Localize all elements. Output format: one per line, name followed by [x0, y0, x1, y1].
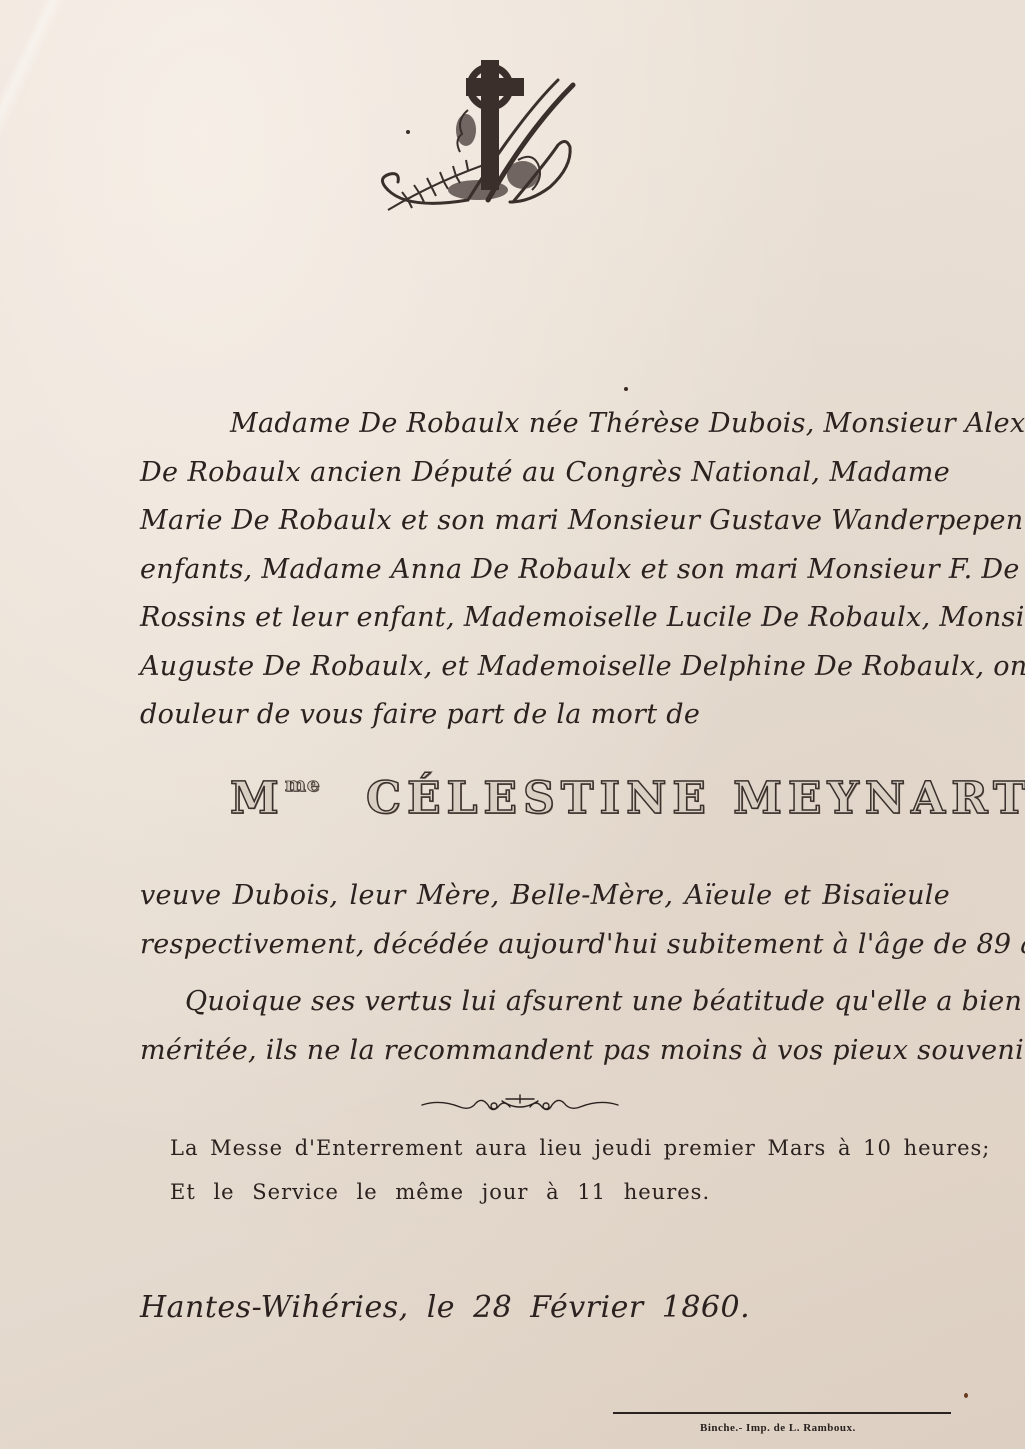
celtic-cross-monogram-icon: [368, 60, 578, 220]
place-date-line: Hantes-Wihéries, le 28 Février 1860.: [140, 1290, 750, 1325]
deceased-name: CÉLESTINE MEYNART,: [366, 773, 1025, 824]
announcement-line: douleur de vous faire part de la mort de: [140, 691, 950, 740]
relation-line: veuve Dubois, leur Mère, Belle-Mère, Aïe…: [140, 872, 950, 921]
printer-imprint: Binche.- Imp. de L. Ramboux.: [700, 1422, 856, 1434]
deceased-title: M: [230, 773, 285, 824]
ink-speck: [624, 387, 628, 391]
ink-speck: [964, 1393, 968, 1398]
announcement-line: Auguste De Robaulx, et Mademoiselle Delp…: [140, 643, 950, 692]
announcement-line: enfants, Madame Anna De Robaulx et son m…: [140, 546, 950, 595]
announcement-line: Madame De Robaulx née Thérèse Dubois, Mo…: [140, 400, 950, 449]
flourish-divider-icon: [420, 1093, 620, 1117]
deceased-title-suffix: me: [285, 772, 321, 796]
relation-line: respectivement, décédée aujourd'hui subi…: [140, 921, 950, 970]
relation-paragraph: veuve Dubois, leur Mère, Belle-Mère, Aïe…: [140, 872, 950, 969]
announcement-paragraph: Madame De Robaulx née Thérèse Dubois, Mo…: [140, 400, 950, 740]
announcement-line: Marie De Robaulx et son mari Monsieur Gu…: [140, 497, 950, 546]
deceased-name-heading: Mme CÉLESTINE MEYNART,: [230, 772, 860, 832]
funeral-service-line: Et le Service le même jour à 11 heures.: [170, 1180, 820, 1204]
imprint-rule: [613, 1412, 951, 1414]
prayer-line: Quoique ses vertus lui afsurent une béat…: [140, 978, 950, 1027]
funeral-mass-line: La Messe d'Enterrement aura lieu jeudi p…: [170, 1136, 820, 1160]
announcement-line: De Robaulx ancien Député au Congrès Nati…: [140, 449, 950, 498]
announcement-line: Rossins et leur enfant, Mademoiselle Luc…: [140, 594, 950, 643]
prayer-line: méritée, ils ne la recommandent pas moin…: [140, 1027, 950, 1076]
prayer-paragraph: Quoique ses vertus lui afsurent une béat…: [140, 978, 950, 1075]
